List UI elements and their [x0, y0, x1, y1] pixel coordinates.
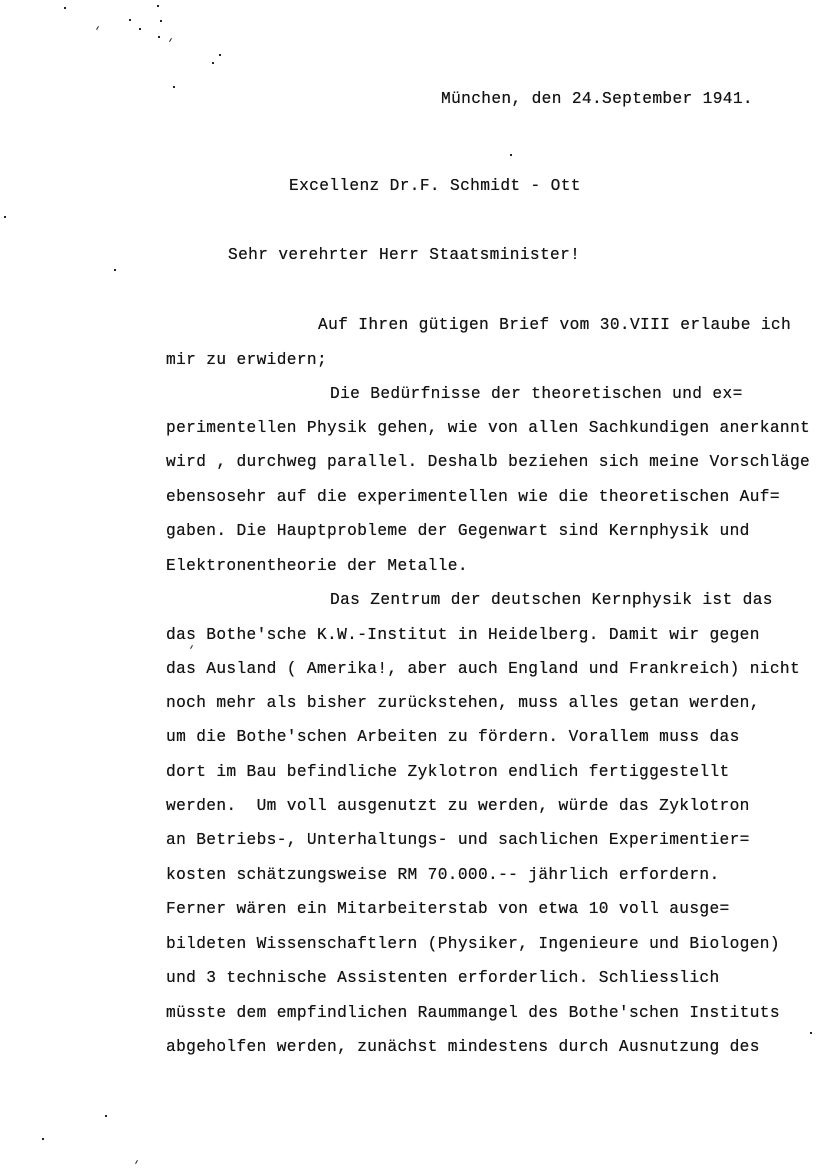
- body-line: und 3 technische Assistenten erforderlic…: [166, 968, 720, 988]
- body-line: ebensosehr auf die experimentellen wie d…: [166, 487, 780, 507]
- body-line: Die Bedürfnisse der theoretischen und ex…: [330, 384, 743, 404]
- body-line: dort im Bau befindliche Zyklotron endlic…: [166, 762, 730, 782]
- scan-speck: [169, 38, 172, 42]
- salutation-line: Sehr verehrter Herr Staatsminister!: [228, 245, 580, 265]
- scan-speck: [173, 86, 175, 88]
- body-line: müsste dem empfindlichen Raummangel des …: [166, 1003, 780, 1023]
- body-line: werden. Um voll ausgenutzt zu werden, wü…: [166, 796, 750, 816]
- body-line: um die Bothe'schen Arbeiten zu fördern. …: [166, 727, 740, 747]
- scan-speck: [129, 19, 131, 21]
- body-line: das Ausland ( Amerika!, aber auch Englan…: [166, 659, 800, 679]
- body-line: gaben. Die Hauptprobleme der Gegenwart s…: [166, 521, 750, 541]
- scan-speck: [510, 154, 512, 156]
- body-line: kosten schätzungsweise RM 70.000.-- jähr…: [166, 865, 720, 885]
- body-line: an Betriebs-, Unterhaltungs- und sachlic…: [166, 830, 750, 850]
- scan-speck: [810, 1032, 812, 1034]
- body-line: mir zu erwidern;: [166, 350, 327, 370]
- body-line: Elektronentheorie der Metalle.: [166, 556, 468, 576]
- place-date-line: München, den 24.September 1941.: [441, 89, 753, 109]
- body-line: abgeholfen werden, zunächst mindestens d…: [166, 1037, 760, 1057]
- scan-speck: [114, 269, 116, 271]
- scan-speck: [42, 1138, 44, 1140]
- body-line: das Bothe'sche K.W.-Institut in Heidelbe…: [166, 625, 760, 645]
- scan-speck: [157, 5, 159, 7]
- scan-speck: [105, 1115, 107, 1117]
- scan-speck: [139, 28, 141, 30]
- scan-speck: [135, 1160, 138, 1164]
- body-line: wird , durchweg parallel. Deshalb bezieh…: [166, 452, 810, 472]
- body-line: noch mehr als bisher zurückstehen, muss …: [166, 693, 760, 713]
- recipient-line: Excellenz Dr.F. Schmidt - Ott: [289, 176, 581, 196]
- body-line: Ferner wären ein Mitarbeiterstab von etw…: [166, 899, 730, 919]
- body-line: Das Zentrum der deutschen Kernphysik ist…: [330, 590, 773, 610]
- scan-speck: [212, 62, 214, 64]
- scan-speck: [158, 36, 160, 38]
- scan-speck: [160, 20, 162, 22]
- body-line: bildeten Wissenschaftlern (Physiker, Ing…: [166, 934, 780, 954]
- body-line: Auf Ihren gütigen Brief vom 30.VIII erla…: [318, 315, 791, 335]
- scan-speck: [64, 7, 66, 9]
- scanned-letter-page: München, den 24.September 1941. Excellen…: [0, 0, 831, 1169]
- body-line: perimentellen Physik gehen, wie von alle…: [166, 418, 810, 438]
- scan-speck: [219, 54, 221, 56]
- scan-speck: [190, 645, 193, 649]
- scan-speck: [4, 216, 6, 218]
- scan-speck: [96, 26, 99, 30]
